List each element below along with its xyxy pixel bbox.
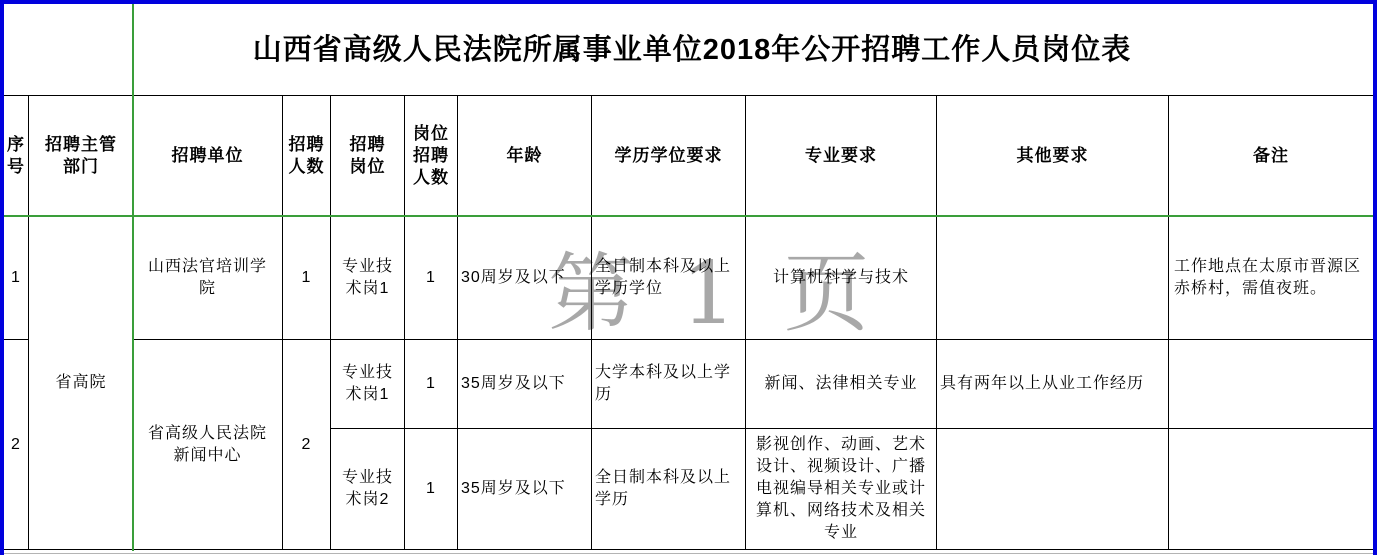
cell-row1-major[interactable]: 计算机科学与技术 bbox=[746, 216, 937, 340]
cell-row2a-age[interactable]: 35周岁及以下 bbox=[458, 340, 592, 429]
cell-row2b-post-headcount[interactable]: 1 bbox=[405, 429, 458, 550]
cell-row2b-remark[interactable] bbox=[1169, 429, 1373, 550]
header-cell-post-headcount[interactable]: 岗位 招聘 人数 bbox=[405, 96, 458, 216]
cell-row1-other[interactable] bbox=[937, 216, 1169, 340]
cell-row1-post[interactable]: 专业技 术岗1 bbox=[331, 216, 405, 340]
cell-row2b-post[interactable]: 专业技 术岗2 bbox=[331, 429, 405, 550]
header-cell-dept[interactable]: 招聘主管 部门 bbox=[29, 96, 133, 216]
print-area-border-top bbox=[0, 0, 1377, 4]
cell-row1-remark[interactable]: 工作地点在太原市晋源区 赤桥村，需值夜班。 bbox=[1169, 216, 1373, 340]
page-break-line-horizontal bbox=[0, 215, 1377, 217]
header-cell-age[interactable]: 年龄 bbox=[458, 96, 592, 216]
cell-row2a-other[interactable]: 具有两年以上从业工作经历 bbox=[937, 340, 1169, 429]
cell-row1-post-headcount[interactable]: 1 bbox=[405, 216, 458, 340]
cell-row2a-post[interactable]: 专业技 术岗1 bbox=[331, 340, 405, 429]
header-cell-remark[interactable]: 备注 bbox=[1169, 96, 1373, 216]
cell-row2a-remark[interactable] bbox=[1169, 340, 1373, 429]
print-area-border-right bbox=[1373, 0, 1377, 555]
cell-row2b-education[interactable]: 全日制本科及以上 学历 bbox=[592, 429, 746, 550]
header-cell-post[interactable]: 招聘 岗位 bbox=[331, 96, 405, 216]
page-title[interactable]: 山西省高级人民法院所属事业单位2018年公开招聘工作人员岗位表 bbox=[133, 4, 1373, 96]
cell-row2-unit[interactable]: 省高级人民法院 新闻中心 bbox=[133, 340, 283, 550]
cell-dept-merged[interactable]: 省高院 bbox=[29, 216, 133, 550]
header-cell-major[interactable]: 专业要求 bbox=[746, 96, 937, 216]
print-area-border-left bbox=[0, 0, 4, 555]
window-bottom-edge bbox=[0, 553, 1377, 554]
cell-row2b-other[interactable] bbox=[937, 429, 1169, 550]
cell-row1-index[interactable]: 1 bbox=[4, 216, 29, 340]
cell-title-left-empty[interactable] bbox=[4, 4, 133, 96]
cell-row2a-major[interactable]: 新闻、法律相关专业 bbox=[746, 340, 937, 429]
cell-row2a-education[interactable]: 大学本科及以上学 历 bbox=[592, 340, 746, 429]
cell-row1-education[interactable]: 全日制本科及以上 学历学位 bbox=[592, 216, 746, 340]
header-cell-other[interactable]: 其他要求 bbox=[937, 96, 1169, 216]
cell-row2-headcount[interactable]: 2 bbox=[283, 340, 331, 550]
cell-row2a-post-headcount[interactable]: 1 bbox=[405, 340, 458, 429]
header-cell-unit[interactable]: 招聘单位 bbox=[133, 96, 283, 216]
spreadsheet-page: 第 1 页 山西省高级人民法院所属事业单位2018年公开招聘工作人员岗位表 序 … bbox=[0, 0, 1377, 555]
header-cell-headcount[interactable]: 招聘 人数 bbox=[283, 96, 331, 216]
header-cell-education[interactable]: 学历学位要求 bbox=[592, 96, 746, 216]
cell-row1-headcount[interactable]: 1 bbox=[283, 216, 331, 340]
cell-row2b-major[interactable]: 影视创作、动画、艺术 设计、视频设计、广播 电视编导相关专业或计 算机、网络技术… bbox=[746, 429, 937, 550]
cell-row1-unit[interactable]: 山西法官培训学 院 bbox=[133, 216, 283, 340]
cell-row2-index[interactable]: 2 bbox=[4, 340, 29, 550]
page-break-line-vertical bbox=[132, 0, 134, 551]
cell-row2b-age[interactable]: 35周岁及以下 bbox=[458, 429, 592, 550]
header-cell-index[interactable]: 序 号 bbox=[4, 96, 29, 216]
cell-row1-age[interactable]: 30周岁及以下 bbox=[458, 216, 592, 340]
